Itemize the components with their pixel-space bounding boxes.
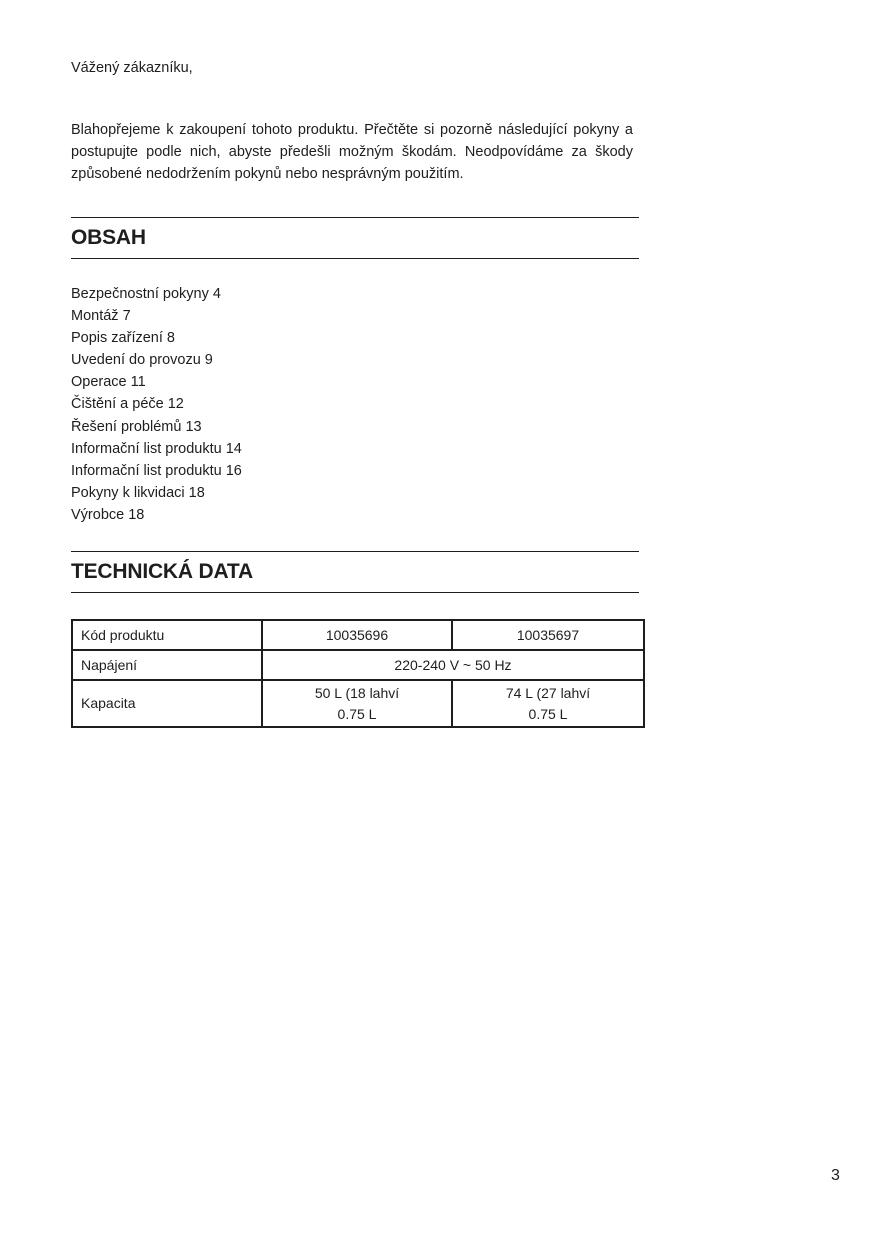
toc-item[interactable]: Uvedení do provozu 9 (71, 349, 242, 371)
product-code-cell: 10035696 (262, 620, 452, 650)
capacity-line: 0.75 L (271, 704, 443, 725)
capacity-line: 0.75 L (461, 704, 635, 725)
row-label: Kapacita (72, 680, 262, 727)
capacity-cell: 74 L (27 lahví 0.75 L (452, 680, 644, 727)
table-of-contents: Bezpečnostní pokyny 4 Montáž 7 Popis zař… (71, 283, 242, 526)
row-label: Kód produktu (72, 620, 262, 650)
page-number: 3 (831, 1167, 840, 1185)
toc-item[interactable]: Řešení problémů 13 (71, 416, 242, 438)
technical-data-section-header: TECHNICKÁ DATA (71, 551, 639, 593)
table-row: Kapacita 50 L (18 lahví 0.75 L 74 L (27 … (72, 680, 644, 727)
table-row: Kód produktu 10035696 10035697 (72, 620, 644, 650)
toc-item[interactable]: Montáž 7 (71, 305, 242, 327)
toc-item[interactable]: Informační list produktu 14 (71, 438, 242, 460)
toc-item[interactable]: Výrobce 18 (71, 504, 242, 526)
intro-paragraph: Blahopřejeme k zakoupení tohoto produktu… (71, 119, 633, 185)
contents-section-header: OBSAH (71, 217, 639, 259)
contents-title: OBSAH (71, 218, 639, 257)
technical-data-table: Kód produktu 10035696 10035697 Napájení … (71, 619, 645, 728)
technical-data-title: TECHNICKÁ DATA (71, 552, 639, 591)
toc-item[interactable]: Operace 11 (71, 371, 242, 393)
product-code-cell: 10035697 (452, 620, 644, 650)
toc-item[interactable]: Popis zařízení 8 (71, 327, 242, 349)
power-supply-cell: 220-240 V ~ 50 Hz (262, 650, 644, 680)
toc-item[interactable]: Pokyny k likvidaci 18 (71, 482, 242, 504)
toc-item[interactable]: Informační list produktu 16 (71, 460, 242, 482)
toc-item[interactable]: Bezpečnostní pokyny 4 (71, 283, 242, 305)
table-row: Napájení 220-240 V ~ 50 Hz (72, 650, 644, 680)
capacity-line: 74 L (27 lahví (461, 683, 635, 704)
toc-item[interactable]: Čištění a péče 12 (71, 393, 242, 415)
greeting: Vážený zákazníku, (71, 59, 193, 77)
capacity-line: 50 L (18 lahví (271, 683, 443, 704)
capacity-cell: 50 L (18 lahví 0.75 L (262, 680, 452, 727)
row-label: Napájení (72, 650, 262, 680)
